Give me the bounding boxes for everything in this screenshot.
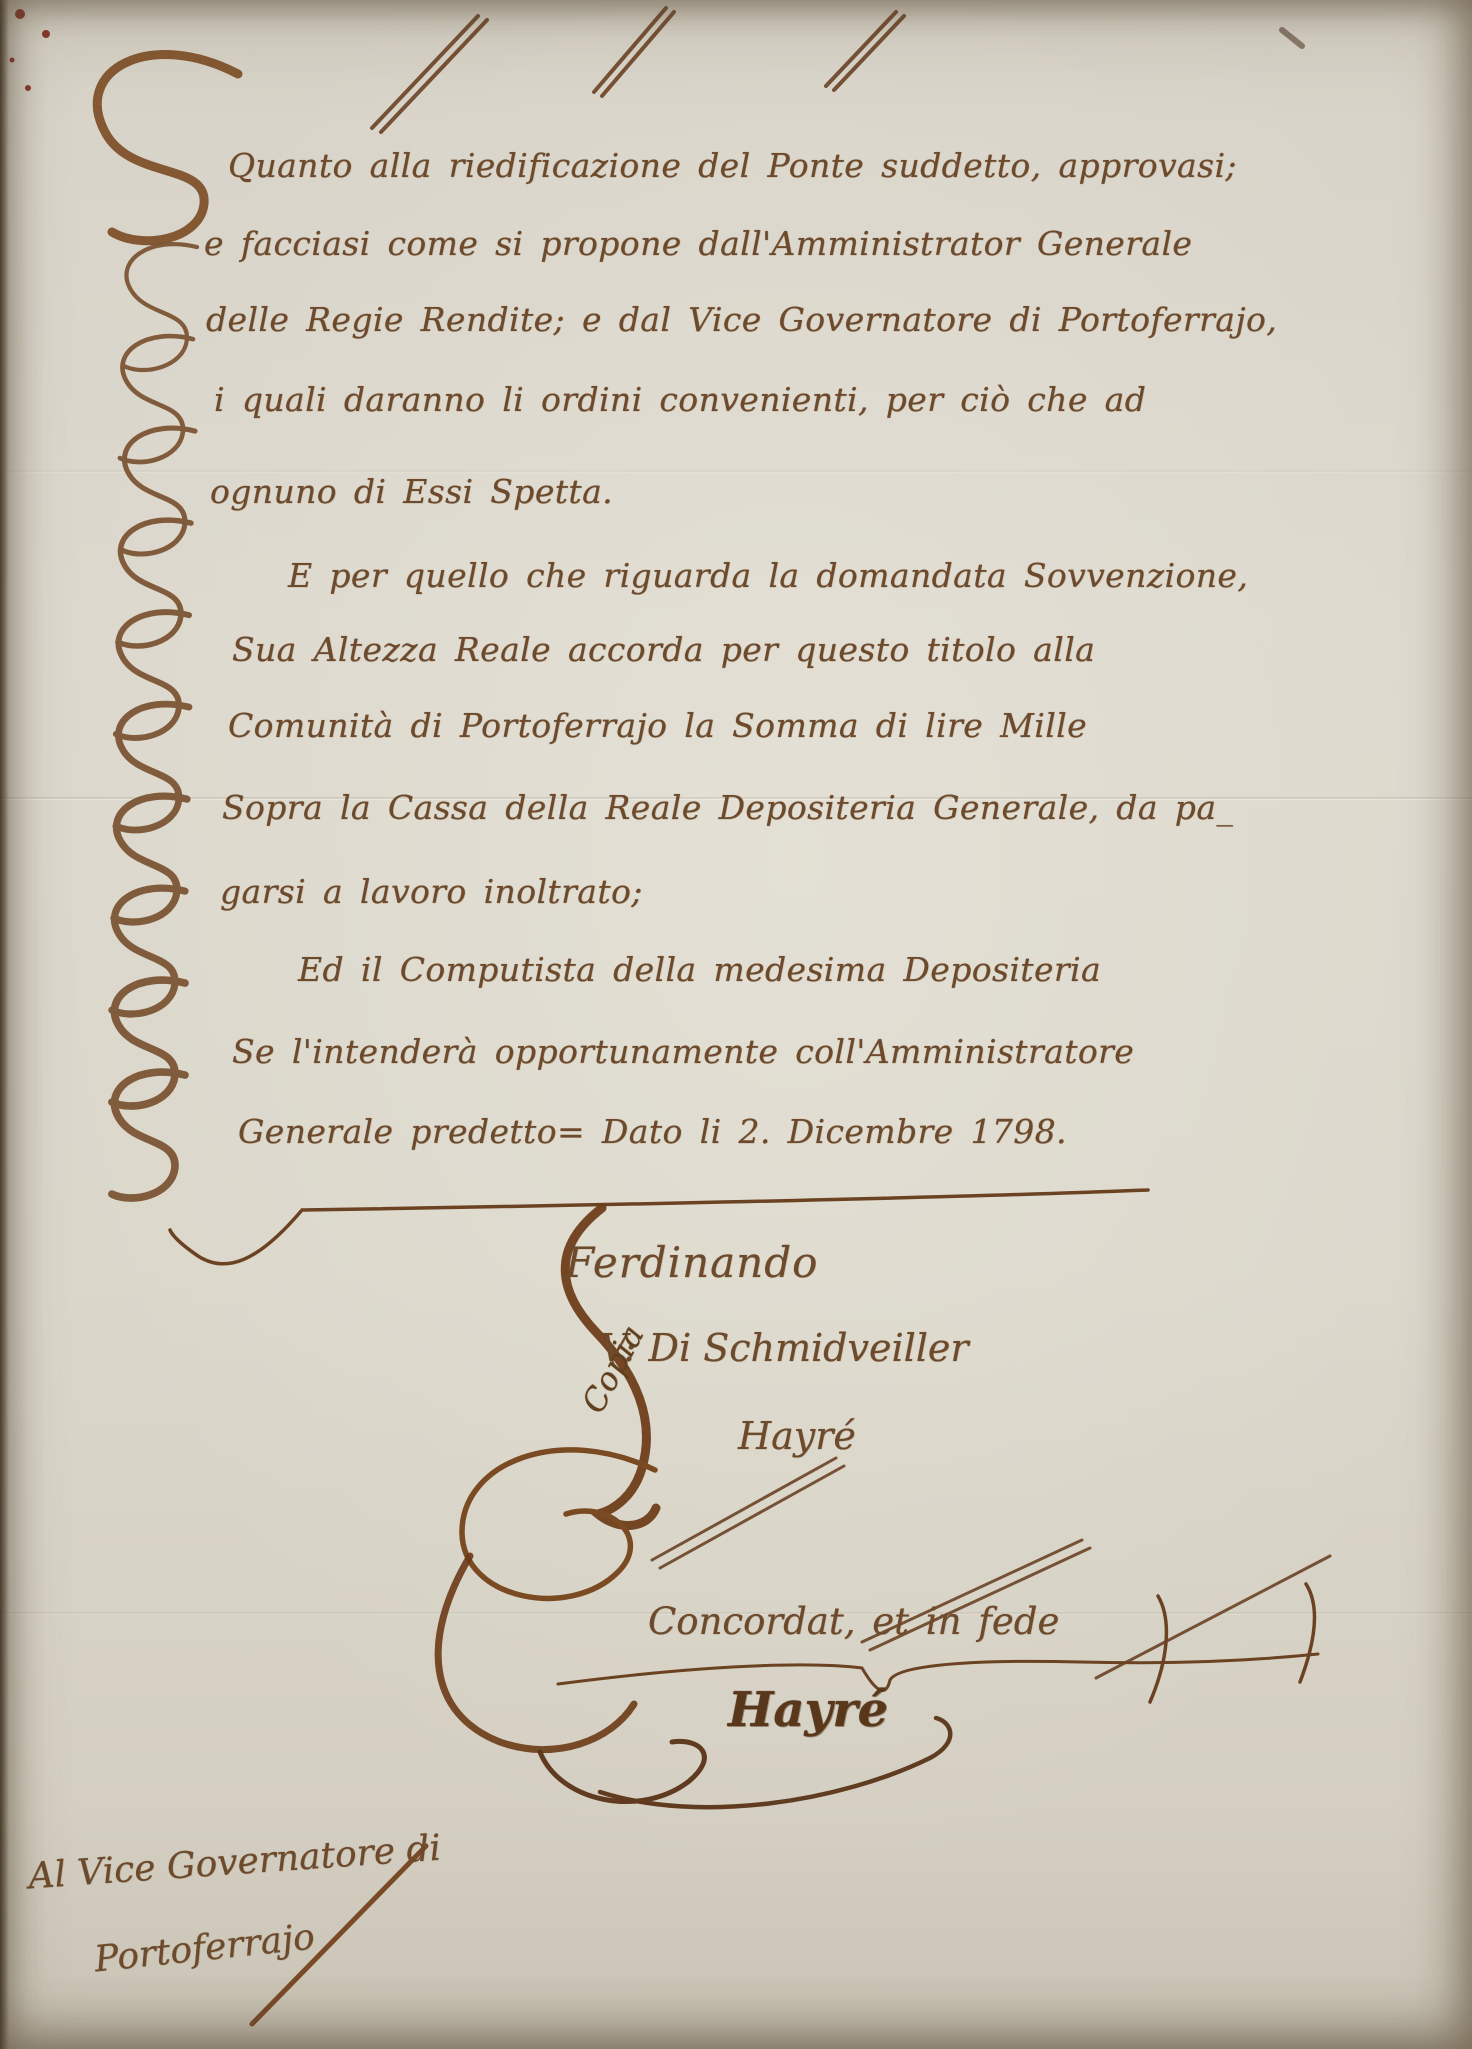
manuscript-line: ognuno di Essi Spetta. [210,472,613,511]
manuscript-line: Sopra la Cassa della Reale Depositeria G… [222,788,1233,827]
address-line: Portoferrajo [92,1917,316,1981]
countersignature: V: Di Schmidveiller [600,1326,969,1370]
attestation-text: Concordat, et in fede [648,1600,1059,1643]
sovereign-signature: Ferdinando [565,1238,818,1287]
attestation-signature: Hayré [728,1682,888,1738]
spiral-flourish [462,1450,655,1598]
opening-curl-flourish [97,55,238,241]
address-line: Al Vice Governatore di [27,1828,442,1898]
manuscript-line: i quali daranno li ordini convenienti, p… [214,380,1146,419]
manuscript-page: Quanto alla riedificazione del Ponte sud… [0,0,1472,2049]
manuscript-line: garsi a lavoro inoltrato; [220,872,643,911]
wax-specks [10,9,51,91]
manuscript-line: Se l'intenderà opportunamente coll'Ammin… [232,1032,1134,1071]
manuscript-line: E per quello che riguarda la domandata S… [288,556,1248,595]
secretary-signature: Hayré [738,1414,856,1458]
manuscript-line: Comunità di Portoferrajo la Somma di lir… [228,706,1087,745]
manuscript-line: e facciasi come si propone dall'Amminist… [204,224,1192,263]
spiral-tail-flourish [438,1556,634,1750]
descender-hooks [1150,1584,1315,1702]
manuscript-line: Ed il Computista della medesima Deposite… [298,950,1101,989]
manuscript-line: Sua Altezza Reale accorda per questo tit… [232,630,1095,669]
attestation-underline [558,1654,1318,1690]
pen-trial-slashes [372,8,904,132]
manuscript-line: Generale predetto= Dato li 2. Dicembre 1… [238,1112,1067,1151]
margin-flourish-chain [112,244,197,1198]
manuscript-line: Quanto alla riedificazione del Ponte sud… [228,146,1237,185]
ink-mark [1282,30,1302,46]
diagonal-strokes [652,1458,1330,1678]
manuscript-line: delle Regie Rendite; e dal Vice Governat… [206,300,1277,339]
